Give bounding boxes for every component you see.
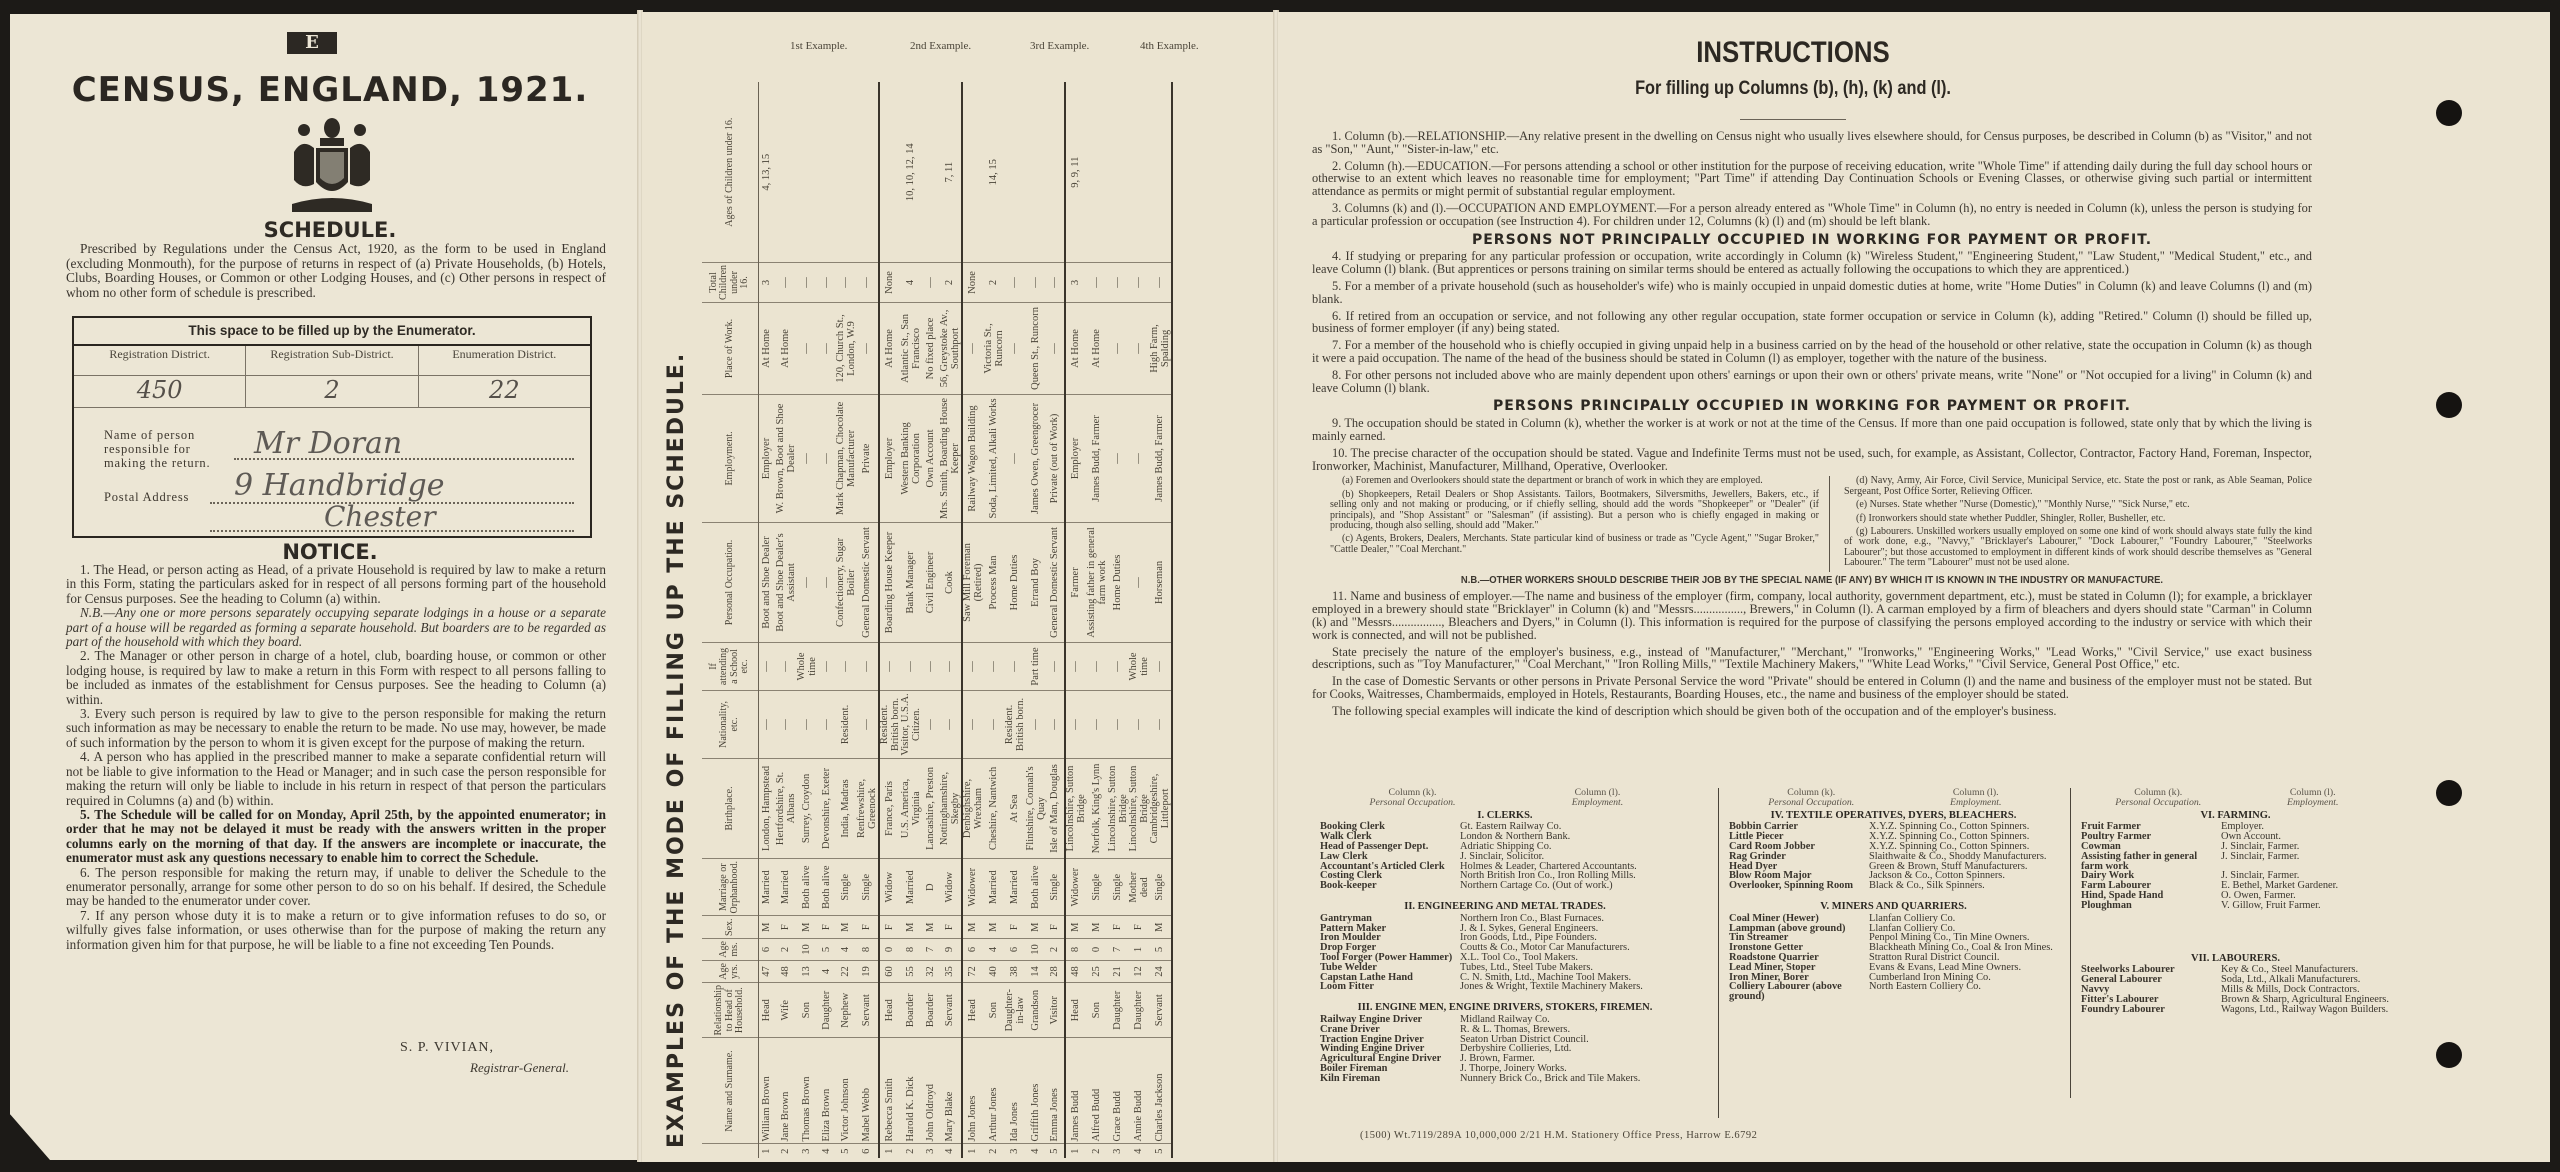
cell-n: 4 <box>1026 1144 1047 1158</box>
cell-yrs: 72 <box>962 960 984 982</box>
cell-emp: Employer <box>758 394 776 522</box>
cell-mar: Single <box>1047 858 1065 915</box>
cell-nat: — <box>857 690 879 758</box>
section-heading-occupied: PERSONS PRINCIPALLY OCCUPIED IN WORKING … <box>1312 400 2312 413</box>
cell-name: John Jones <box>962 1038 984 1144</box>
cell-mar: Single <box>836 858 857 915</box>
example-label-4: 4th Example. <box>1140 40 1199 52</box>
example-group-title: I. CLERKS. <box>1320 811 1690 821</box>
cell-name: Griffith Jones <box>1026 1038 1047 1144</box>
cell-mar: Widower <box>1065 858 1087 915</box>
cell-ms: 6 <box>962 938 984 960</box>
spacer <box>1320 992 1690 1000</box>
subnote-b: (b) Shopkeepers, Retail Dealers or Shop … <box>1330 490 1819 532</box>
cell-emp: Mrs. Smith, Boarding House Keeper <box>940 394 962 522</box>
cell-sch: — <box>818 642 836 690</box>
example-row: Overlooker, Spinning RoomBlack & Co., Si… <box>1729 881 2058 891</box>
prescribed-text: Prescribed by Regulations under the Cens… <box>66 242 606 300</box>
cell-ms: 1 <box>1129 938 1150 960</box>
example-group-title: IV. TEXTILE OPERATIVES, DYERS, BLEACHERS… <box>1729 811 2058 821</box>
cell-occ: Civil Engineer <box>922 522 940 642</box>
cell-ms: 5 <box>818 938 836 960</box>
cell-work: At Home <box>758 302 776 394</box>
cell-occ: Boot and Shoe Dealer's Assistant <box>776 522 797 642</box>
cell-nat: — <box>1150 690 1172 758</box>
cell-name: Jane Brown <box>776 1038 797 1144</box>
cell-occ: General Domestic Servant <box>1047 522 1065 642</box>
occupation: Foundry Labourer <box>2081 1005 2221 1015</box>
cell-kids <box>776 82 797 262</box>
cell-sex: F <box>818 916 836 939</box>
cell-kids <box>1005 82 1026 262</box>
cell-nat: Resident. British born. <box>1005 690 1026 758</box>
cell-sch: — <box>1087 642 1108 690</box>
instruction-11-examples-intro: The following special examples will indi… <box>1312 705 2312 718</box>
table-row: 5Victor JohnsonNephew224MSingleIndia, Ma… <box>836 82 857 1158</box>
cell-sex: F <box>857 916 879 939</box>
cell-tot: — <box>1087 262 1108 302</box>
cell-emp: — <box>1129 394 1150 522</box>
cell-rel: Head <box>962 982 984 1038</box>
cell-tot: — <box>797 262 818 302</box>
table-row: 1James BuddHead488MWidowerLincolnshire, … <box>1065 82 1087 1158</box>
cell-sch: — <box>1047 642 1065 690</box>
cell-mar: Single <box>1108 858 1129 915</box>
cell-ms: 10 <box>797 938 818 960</box>
examples-table: Name and Surname. Relationship to Head o… <box>702 82 1173 1158</box>
notice-paragraph-5: 5. The Schedule will be called for on Mo… <box>66 808 606 866</box>
cell-ms: 2 <box>1047 938 1065 960</box>
cell-nat: — <box>776 690 797 758</box>
address-line-2-value[interactable]: Chester <box>324 500 436 533</box>
cell-kids: 10, 10, 12, 14 <box>901 82 922 262</box>
table-row: 1Rebecca SmithHead600FWidowFrance, Paris… <box>879 82 901 1158</box>
cell-rel: Servant <box>1150 982 1172 1038</box>
cell-rel: Head <box>1065 982 1087 1038</box>
cell-work: — <box>797 302 818 394</box>
subnote-d: (d) Navy, Army, Air Force, Civil Service… <box>1844 476 2312 497</box>
cell-name: James Budd <box>1065 1038 1087 1144</box>
cell-tot: 3 <box>1065 262 1087 302</box>
cell-sch: — <box>962 642 984 690</box>
cell-tot: — <box>1129 262 1150 302</box>
cell-nat: — <box>797 690 818 758</box>
cell-birth: U.S. America, Virginia <box>901 758 922 858</box>
cell-rel: Daughter <box>1129 982 1150 1038</box>
employer: Jones & Wright, Textile Machinery Makers… <box>1460 982 1690 992</box>
address-line-1-value[interactable]: 9 Handbridge <box>234 468 445 503</box>
cell-kids <box>797 82 818 262</box>
cell-occ: — <box>1129 522 1150 642</box>
cell-sex: M <box>797 916 818 939</box>
cell-work: — <box>1005 302 1026 394</box>
cell-rel: Nephew <box>836 982 857 1038</box>
cell-tot: — <box>1150 262 1172 302</box>
instruction-6: 6. If retired from an occupation or serv… <box>1312 310 2312 336</box>
employer: Nunnery Brick Co., Brick and Tile Makers… <box>1460 1074 1690 1084</box>
cell-rel: Head <box>879 982 901 1038</box>
table-row: 2Jane BrownWife482FMarriedHertfordshire,… <box>776 82 797 1158</box>
cell-emp: James Budd, Farmer <box>1087 394 1108 522</box>
cell-work: At Home <box>776 302 797 394</box>
cell-mar: Single <box>857 858 879 915</box>
table-row: 4Mary BlakeServant359FWidowNottinghamshi… <box>940 82 962 1158</box>
cell-ms: 6 <box>1005 938 1026 960</box>
cell-rel: Head <box>758 982 776 1038</box>
cell-sch: — <box>922 642 940 690</box>
cell-work: 56, Greystoke Av., Southport <box>940 302 962 394</box>
cell-sch: — <box>857 642 879 690</box>
col-header-age-yrs: Age yrs. <box>702 960 758 982</box>
cell-n: 2 <box>984 1144 1005 1158</box>
enumerator-box-heading: This space to be filled up by the Enumer… <box>74 318 590 346</box>
cell-sex: F <box>940 916 962 939</box>
cell-work: Atlantic St., San Francisco <box>901 302 922 394</box>
subnote-e: (e) Nurses. State whether "Nurse (Domest… <box>1844 500 2312 510</box>
instructions-subheading: For filling up Columns (b), (h), (k) and… <box>1350 78 2236 100</box>
cell-tot: — <box>922 262 940 302</box>
cell-mar: Widower <box>962 858 984 915</box>
postal-address-label: Postal Address <box>104 490 189 504</box>
cell-rel: Servant <box>857 982 879 1038</box>
cell-mar: Widow <box>879 858 901 915</box>
example-row: PloughmanV. Gillow, Fruit Farmer. <box>2081 901 2390 911</box>
cell-sex: F <box>879 916 901 939</box>
cell-birth: Lancashire, Preston <box>922 758 940 858</box>
cell-emp: Railway Wagon Building <box>962 394 984 522</box>
cell-yrs: 22 <box>836 960 857 982</box>
cell-emp: Mark Chapman, Chocolate Manufacturer <box>836 394 857 522</box>
example-column-header: Column (k).Personal Occupation.Column (l… <box>1729 788 2058 808</box>
cell-n: 3 <box>797 1144 818 1158</box>
cell-sex: M <box>758 916 776 939</box>
cell-yrs: 13 <box>797 960 818 982</box>
cell-n: 2 <box>901 1144 922 1158</box>
spacer <box>1320 891 1690 899</box>
column-k-label: Column (k).Personal Occupation. <box>1729 788 1894 808</box>
cell-n: 4 <box>1129 1144 1150 1158</box>
cell-yrs: 24 <box>1150 960 1172 982</box>
col-header-sex: Sex. <box>702 916 758 939</box>
instruction-3: 3. Columns (k) and (l).—OCCUPATION AND E… <box>1312 202 2312 228</box>
table-row: 3Ida JonesDaughter-in-law386FMarriedAt S… <box>1005 82 1026 1158</box>
occupation: Overlooker, Spinning Room <box>1729 881 1869 891</box>
cell-name: Charles Jackson <box>1150 1038 1172 1144</box>
table-row: 2Alfred BuddSon250MSingleNorfolk, King's… <box>1087 82 1108 1158</box>
column-k-label: Column (k).Personal Occupation. <box>1320 788 1505 808</box>
cell-occ: Cook <box>940 522 962 642</box>
col-header-name: Name and Surname. <box>702 1038 758 1144</box>
cell-tot: None <box>962 262 984 302</box>
table-row: 4Eliza BrownDaughter45FBoth aliveDevonsh… <box>818 82 836 1158</box>
table-row: 1William BrownHead476MMarriedLondon, Ham… <box>758 82 776 1158</box>
cell-ms: 0 <box>879 938 901 960</box>
occupation: Kiln Fireman <box>1320 1074 1460 1084</box>
spacer <box>2081 1014 2390 1054</box>
employer: Northern Cartage Co. (Out of work.) <box>1460 881 1690 891</box>
cell-name: Victor Johnson <box>836 1038 857 1144</box>
col-header-school: If attending a School etc. <box>702 642 758 690</box>
cell-ms: 4 <box>984 938 1005 960</box>
cell-name: Grace Budd <box>1108 1038 1129 1144</box>
cell-work: — <box>818 302 836 394</box>
section-heading-not-occupied: PERSONS NOT PRINCIPALLY OCCUPIED IN WORK… <box>1312 234 2312 247</box>
cell-n: 2 <box>776 1144 797 1158</box>
cell-rel: Daughter <box>818 982 836 1038</box>
cell-emp: Own Account <box>922 394 940 522</box>
cell-kids: 7, 11 <box>940 82 962 262</box>
cell-name: Eliza Brown <box>818 1038 836 1144</box>
example-column-header: Column (k).Personal Occupation.Column (l… <box>1320 788 1690 808</box>
cell-tot: None <box>879 262 901 302</box>
examples-column-3: Column (k).Personal Occupation.Column (l… <box>2070 788 2390 1098</box>
cell-nat: — <box>1108 690 1129 758</box>
cell-nat: — <box>818 690 836 758</box>
cell-birth: London, Hampstead <box>758 758 776 858</box>
col-header-ages-of-children: Ages of Children under 16. <box>702 82 758 262</box>
example-label-1: 1st Example. <box>790 40 847 52</box>
cell-sex: M <box>901 916 922 939</box>
col-header-marriage: Marriage or Orphanhood. <box>702 858 758 915</box>
cell-ms: 7 <box>1108 938 1129 960</box>
column-l-label: Column (l).Employment. <box>1894 788 2059 808</box>
cell-nat: — <box>922 690 940 758</box>
cell-emp: — <box>1108 394 1129 522</box>
cell-yrs: 12 <box>1129 960 1150 982</box>
cell-n: 3 <box>1005 1144 1026 1158</box>
cell-mar: Both alive <box>797 858 818 915</box>
examples-title: EXAMPLES OF THE MODE OF FILLING UP THE S… <box>664 48 689 1148</box>
cell-sex: F <box>1047 916 1065 939</box>
cell-occ: Saw Mill Foreman (Retired) <box>962 522 984 642</box>
cell-nat: — <box>758 690 776 758</box>
form-letter-badge: E <box>287 32 337 54</box>
examples-column-1: Column (k).Personal Occupation.Column (l… <box>1320 788 1690 1092</box>
col-header-employment: Employment. <box>702 394 758 522</box>
cell-sex: M <box>836 916 857 939</box>
cell-kids: 14, 15 <box>984 82 1005 262</box>
cell-tot: — <box>818 262 836 302</box>
notice-nb: N.B.—Any one or more persons separately … <box>66 606 606 649</box>
subnote-a: (a) Foremen and Overlookers should state… <box>1330 476 1819 486</box>
cell-nat: — <box>1047 690 1065 758</box>
instruction-8: 8. For other persons not included above … <box>1312 369 2312 395</box>
cell-ms: 6 <box>758 938 776 960</box>
cell-birth: Isle of Man, Douglas <box>1047 758 1065 858</box>
cell-occ: Boot and Shoe Dealer <box>758 522 776 642</box>
cell-occ: Home Duties <box>1005 522 1026 642</box>
instructions-heading: INSTRUCTIONS <box>1350 36 2236 70</box>
cell-ms: 5 <box>1150 938 1172 960</box>
cell-emp: Employer <box>879 394 901 522</box>
cell-kids: 4, 13, 15 <box>758 82 776 262</box>
cell-name: John Oldroyd <box>922 1038 940 1144</box>
cell-occ: Process Man <box>984 522 1005 642</box>
col-header-personal-occupation: Personal Occupation. <box>702 522 758 642</box>
cell-mar: Both alive <box>818 858 836 915</box>
registration-sub-district-value[interactable]: 2 <box>246 376 418 407</box>
cell-work: — <box>857 302 879 394</box>
cell-emp: W. Brown, Boot and Shoe Dealer <box>776 394 797 522</box>
cell-rel: Wife <box>776 982 797 1038</box>
cell-ms: 8 <box>857 938 879 960</box>
cell-n: 3 <box>1108 1144 1129 1158</box>
cell-mar: D <box>922 858 940 915</box>
cell-work: Queen St., Runcorn <box>1026 302 1047 394</box>
cell-birth: Nottinghamshire, Skegby <box>940 758 962 858</box>
cell-emp: James Owen, Greengrocer <box>1026 394 1047 522</box>
nb-other-workers: N.B.—OTHER WORKERS SHOULD DESCRIBE THEIR… <box>1362 574 2262 587</box>
cell-mar: Single <box>1087 858 1108 915</box>
cell-name: Mary Blake <box>940 1038 962 1144</box>
cell-rel: Son <box>797 982 818 1038</box>
cell-birth: Cheshire, Nantwich <box>984 758 1005 858</box>
heading-rule <box>1740 119 1846 120</box>
example-group-title: VII. LABOURERS. <box>2081 954 2390 964</box>
table-row: 2Arthur JonesSon404MMarriedCheshire, Nan… <box>984 82 1005 1158</box>
cell-birth: India, Madras <box>836 758 857 858</box>
cell-sex: M <box>984 916 1005 939</box>
cell-sex: M <box>1087 916 1108 939</box>
cell-n: 6 <box>857 1144 879 1158</box>
cell-birth: Norfolk, King's Lynn <box>1087 758 1108 858</box>
cell-n: 1 <box>879 1144 901 1158</box>
instruction-7: 7. For a member of the household who is … <box>1312 339 2312 365</box>
cell-emp: Western Banking Corporation <box>901 394 922 522</box>
spacer <box>1729 891 2058 899</box>
cell-nat: Visitor, U.S.A. Citizen. <box>901 690 922 758</box>
royal-coat-of-arms-icon <box>290 112 374 222</box>
cell-rel: Servant <box>940 982 962 1038</box>
cell-tot: — <box>836 262 857 302</box>
cell-birth: Devonshire, Exeter <box>818 758 836 858</box>
cell-n: 4 <box>818 1144 836 1158</box>
cell-kids <box>836 82 857 262</box>
cell-birth: Flintshire, Connah's Quay <box>1026 758 1047 858</box>
cell-occ: — <box>797 522 818 642</box>
column-l-label: Column (l).Employment. <box>1505 788 1690 808</box>
cell-work: At Home <box>879 302 901 394</box>
print-imprint: (1500) Wt.7119/289A 10,000,000 2/21 H.M.… <box>1360 1130 1757 1141</box>
cell-n: 4 <box>940 1144 962 1158</box>
example-group-title: VI. FARMING. <box>2081 811 2390 821</box>
cell-occ: Horseman <box>1150 522 1172 642</box>
cell-n: 5 <box>836 1144 857 1158</box>
cell-occ: Boarding House Keeper <box>879 522 901 642</box>
table-row: 4Griffith JonesGrandson1410MBoth aliveFl… <box>1026 82 1047 1158</box>
occupation: Loom Fitter <box>1320 982 1460 992</box>
cell-kids <box>1129 82 1150 262</box>
cell-rel: Daughter <box>1108 982 1129 1038</box>
example-row: Colliery Labourer (above ground)North Ea… <box>1729 982 2058 1002</box>
cell-yrs: 32 <box>922 960 940 982</box>
cell-name: Ida Jones <box>1005 1038 1026 1144</box>
cell-emp: — <box>797 394 818 522</box>
cell-occ: Errand Boy <box>1026 522 1047 642</box>
example-group-title: V. MINERS AND QUARRIERS. <box>1729 902 2058 912</box>
cell-n: 5 <box>1047 1144 1065 1158</box>
cell-mar: Widow <box>940 858 962 915</box>
subnote-f: (f) Ironworkers should state whether Pud… <box>1844 514 2312 524</box>
cell-birth: Lincolnshire, Sutton Bridge <box>1065 758 1087 858</box>
example-column-header: Column (k).Personal Occupation.Column (l… <box>2081 788 2390 808</box>
cell-tot: — <box>1026 262 1047 302</box>
cell-name: Thomas Brown <box>797 1038 818 1144</box>
example-row: Foundry LabourerWagons, Ltd., Railway Wa… <box>2081 1005 2390 1015</box>
cell-emp: Soda, Limited, Alkali Works <box>984 394 1005 522</box>
cell-tot: 4 <box>901 262 922 302</box>
cell-tot: — <box>1005 262 1026 302</box>
cell-emp: Employer <box>1065 394 1087 522</box>
signature-name: S. P. VIVIAN, <box>400 1040 494 1056</box>
name-handwritten-value[interactable]: Mr Doran <box>254 426 402 461</box>
table-row: 3John OldroydBoarder327MDLancashire, Pre… <box>922 82 940 1158</box>
column-k-label: Column (k).Personal Occupation. <box>2081 788 2236 808</box>
cell-kids <box>922 82 940 262</box>
table-row: 2Harold K. DickBoarder558MMarriedU.S. Am… <box>901 82 922 1158</box>
occupation: Book-keeper <box>1320 881 1460 891</box>
cell-nat: — <box>1065 690 1087 758</box>
instruction-11-domestic: In the case of Domestic Servants or othe… <box>1312 675 2312 701</box>
cell-yrs: 35 <box>940 960 962 982</box>
enumerator-values: 450 2 22 <box>74 376 590 408</box>
cell-occ: Confectionery, Sugar Boiler <box>836 522 857 642</box>
instruction-11-business: State precisely the nature of the employ… <box>1312 646 2312 672</box>
cell-name: Emma Jones <box>1047 1038 1065 1144</box>
col-header-nationality: Nationality, etc. <box>702 690 758 758</box>
example-label-2: 2nd Example. <box>910 40 971 52</box>
cell-yrs: 28 <box>1047 960 1065 982</box>
notice-paragraph-6: 6. The person responsible for making the… <box>66 866 606 909</box>
cell-tot: — <box>1047 262 1065 302</box>
cell-occ: Farmer <box>1065 522 1087 642</box>
cell-yrs: 48 <box>1065 960 1087 982</box>
cell-yrs: 38 <box>1005 960 1026 982</box>
examples-table-header: Name and Surname. Relationship to Head o… <box>702 82 758 1158</box>
cell-sch: — <box>836 642 857 690</box>
employer: Black & Co., Silk Spinners. <box>1869 881 2058 891</box>
cell-tot: — <box>1108 262 1129 302</box>
cell-kids <box>1150 82 1172 262</box>
cell-mar: Mother dead <box>1129 858 1150 915</box>
enumeration-district-value[interactable]: 22 <box>419 376 590 407</box>
instruction-9: 9. The occupation should be stated in Co… <box>1312 417 2312 443</box>
cell-emp: — <box>818 394 836 522</box>
cell-work: — <box>962 302 984 394</box>
registration-district-value[interactable]: 450 <box>74 376 246 407</box>
cell-n: 1 <box>962 1144 984 1158</box>
cell-nat: — <box>984 690 1005 758</box>
cell-kids <box>1026 82 1047 262</box>
col-header-age-ms: Age ms. <box>702 938 758 960</box>
cell-rel: Boarder <box>901 982 922 1038</box>
cell-work: — <box>1047 302 1065 394</box>
cell-mar: Married <box>776 858 797 915</box>
example-group-title: III. ENGINE MEN, ENGINE DRIVERS, STOKERS… <box>1320 1003 1690 1013</box>
cell-rel: Son <box>984 982 1005 1038</box>
cell-birth: Surrey, Croydon <box>797 758 818 858</box>
cell-emp: James Budd, Farmer <box>1150 394 1172 522</box>
cell-sch: — <box>901 642 922 690</box>
cell-ms: 9 <box>940 938 962 960</box>
cell-work: No fixed place <box>922 302 940 394</box>
subnotes-left-column: (a) Foremen and Overlookers should state… <box>1330 476 1830 571</box>
enumerator-column-headers: Registration District. Registration Sub-… <box>74 346 590 376</box>
cell-nat: — <box>1087 690 1108 758</box>
cell-kids <box>1047 82 1065 262</box>
cell-sch: — <box>879 642 901 690</box>
table-row: 1John JonesHead726MWidowerDenbighshire, … <box>962 82 984 1158</box>
